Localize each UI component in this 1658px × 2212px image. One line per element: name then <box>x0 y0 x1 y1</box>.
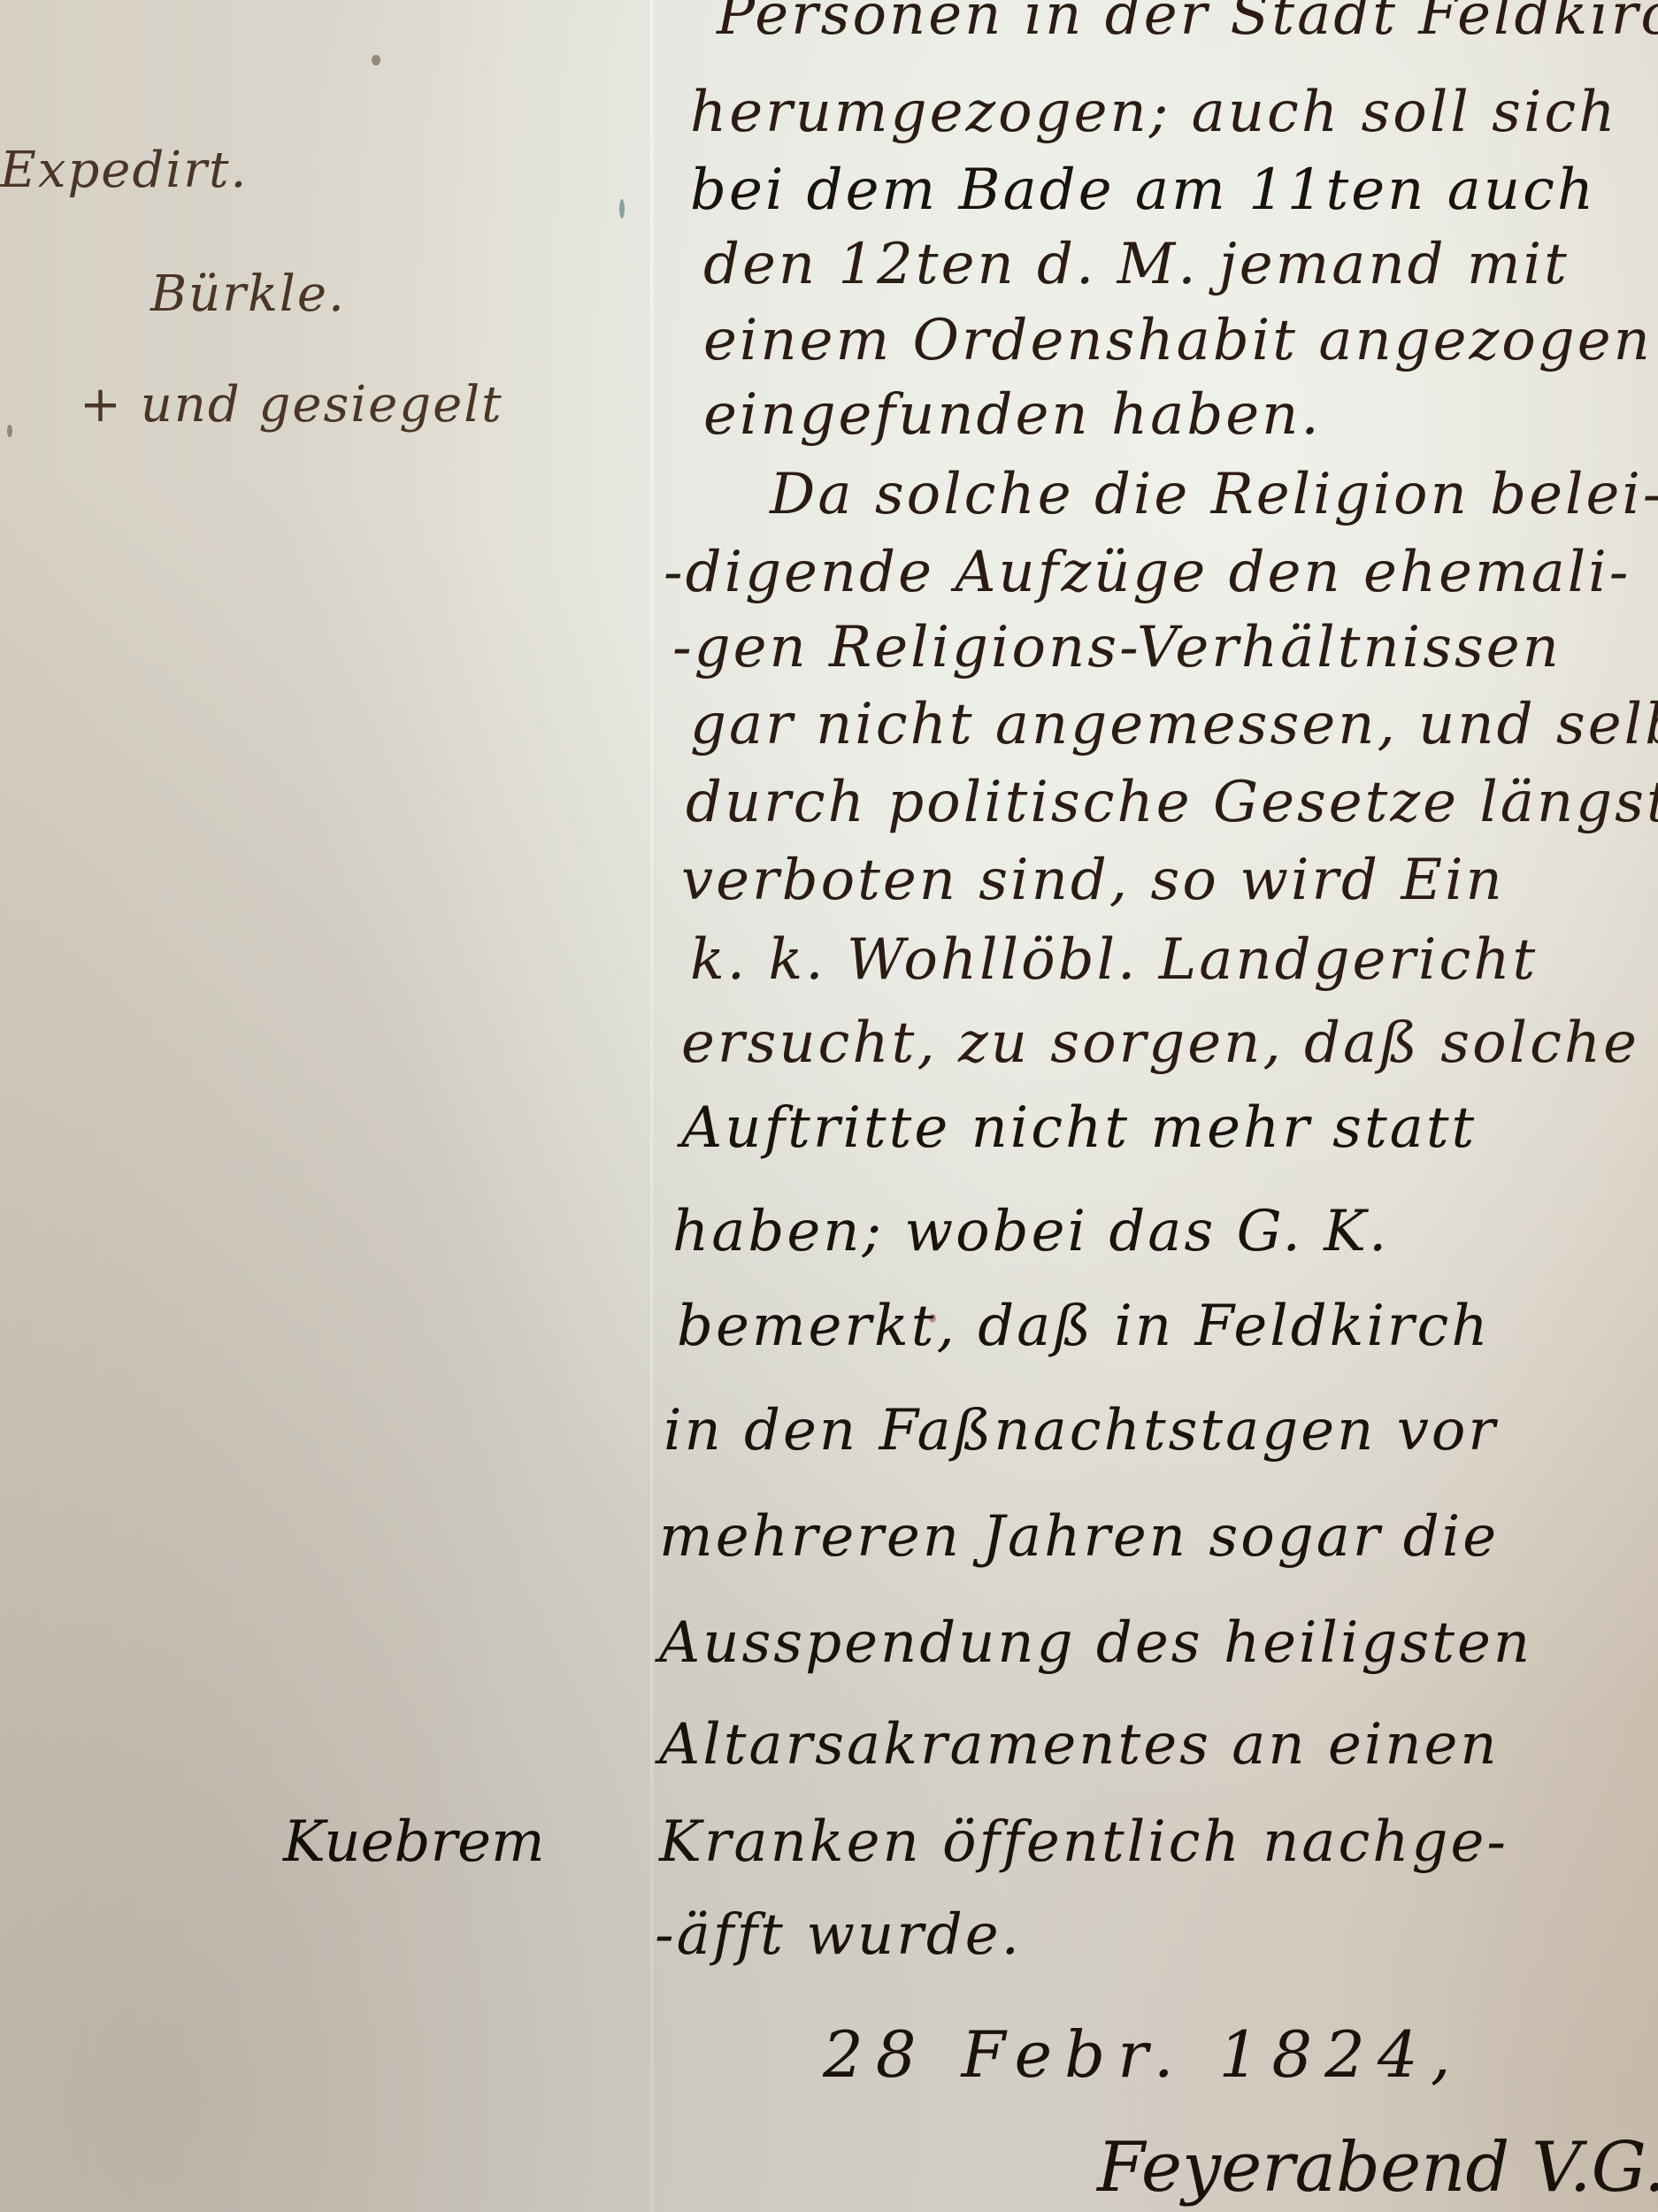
body-line: Kranken öffentlich nachge- <box>659 1809 1508 1875</box>
document-date: 28 Febr. 1824, <box>823 2017 1463 2092</box>
ink-speck <box>619 199 625 219</box>
body-line: durch politische Gesetze längst <box>686 770 1658 835</box>
ink-speck <box>7 425 12 437</box>
body-line: Auftritte nicht mehr statt <box>681 1095 1477 1161</box>
body-line: verboten sind, so wird Ein <box>681 848 1505 913</box>
body-line: mehreren Jahren sogar die <box>659 1504 1499 1570</box>
ink-speck <box>372 55 380 65</box>
body-line: -digende Aufzüge den ehemali- <box>664 540 1631 605</box>
signature: Feyerabend V.G. <box>1097 2128 1658 2208</box>
body-line: Personen in der Stadt Feldkirch <box>717 0 1658 48</box>
body-line: haben; wobei das G. K. <box>672 1199 1389 1264</box>
margin-note-name: Bürkle. <box>150 265 346 323</box>
body-line: herumgezogen; auch soll sich <box>690 80 1617 145</box>
paper-fold <box>650 0 653 2212</box>
left-margin-word: Kuebrem <box>283 1809 545 1875</box>
margin-note-sealed: + und gesiegelt <box>80 376 503 434</box>
body-line: bei dem Bade am 11ten auch <box>690 157 1596 223</box>
body-line: Altarsakramentes an einen <box>659 1712 1500 1778</box>
body-line: den 12ten d. M. jemand mit <box>703 232 1570 297</box>
body-line: Ausspendung des heiligsten <box>659 1610 1532 1676</box>
body-line: k. k. Wohllöbl. Landgericht <box>690 927 1538 993</box>
body-line: in den Faßnachtstagen vor <box>664 1398 1498 1463</box>
body-line: bemerkt, daß in Feldkirch <box>677 1294 1491 1359</box>
body-line: -gen Religions-Verhältnissen <box>672 615 1562 680</box>
margin-note-expedirt: Expedirt. <box>0 142 248 199</box>
body-line: -äfft wurde. <box>655 1902 1022 1968</box>
body-line: gar nicht angemessen, und selbst <box>690 692 1658 757</box>
body-line: ersucht, zu sorgen, daß solche <box>681 1010 1639 1076</box>
body-line: einem Ordenshabit angezogen <box>703 308 1653 373</box>
body-line: Da solche die Religion belei- <box>770 462 1658 527</box>
body-line: eingefunden haben. <box>703 382 1322 448</box>
